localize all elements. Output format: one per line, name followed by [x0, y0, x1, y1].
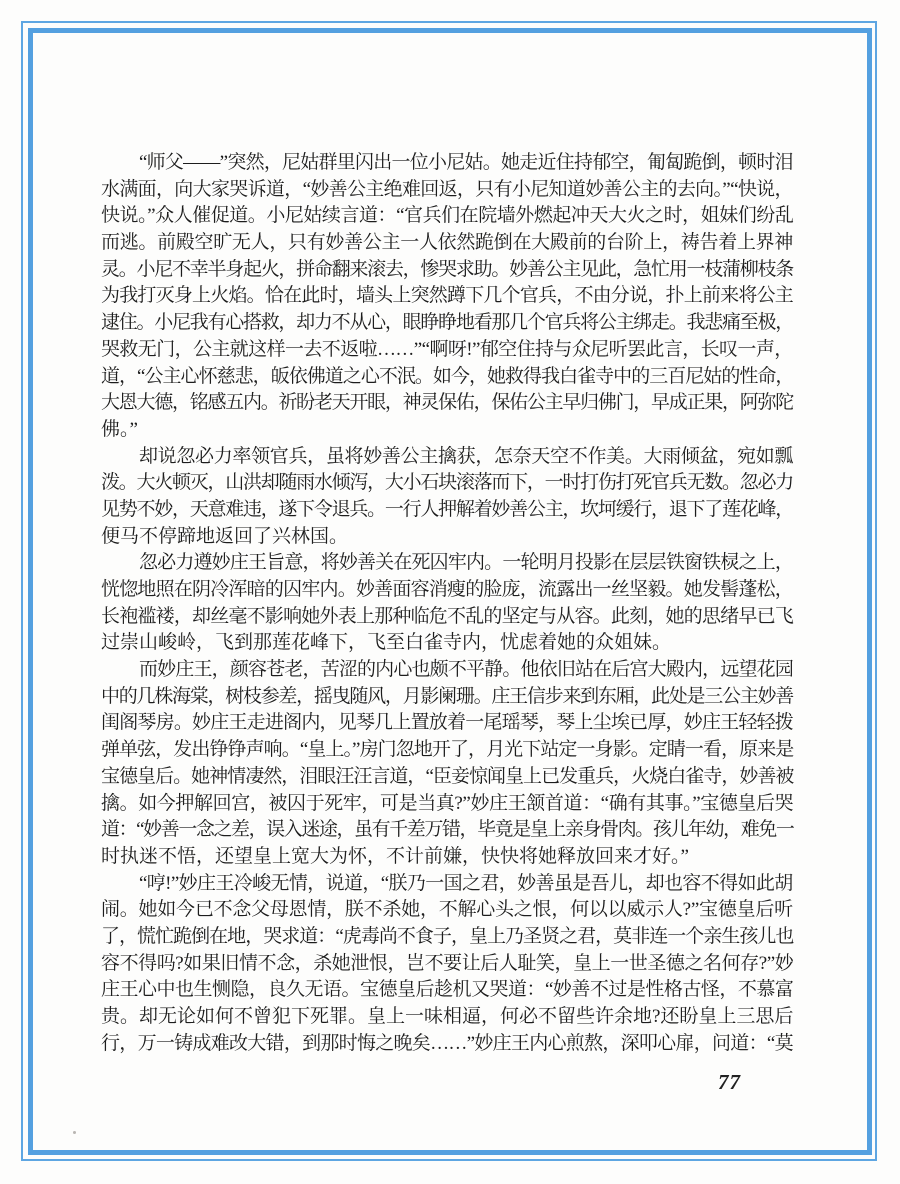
- text-line: 水满面，向大家哭诉道，“妙善公主绝难回返，只有小尼知道妙善公主的去向。”“快说，: [101, 177, 793, 204]
- text-line: 擒。如今押解回宫，被囚于死牢，可是当真?”妙庄王颔首道：“确有其事。”宝德皇后哭: [101, 791, 793, 818]
- text-line: 逮住。小尼我有心搭救，却力不从心，眼睁睁地看那几个官兵将公主绑走。我悲痛至极，: [101, 310, 793, 337]
- text-line: “哼!”妙庄王冷峻无情，说道，“朕乃一国之君，妙善虽是吾儿，却也容不得如此胡: [101, 871, 793, 898]
- text-line: 长袍褴褛，却丝毫不影响她外表上那种临危不乱的坚定与从容。此刻，她的思绪早已飞: [101, 604, 793, 631]
- text-line: 为我打灭身上火焰。恰在此时，墙头上突然蹲下几个官兵，不由分说，扑上前来将公主: [101, 283, 793, 310]
- text-line: 泼。大火顿灭，山洪却随雨水倾泻，大小石块滚落而下，一时打伤打死官兵无数。忽必力: [101, 470, 793, 497]
- text-line: 却说忽必力率领官兵，虽将妙善公主擒获，怎奈天空不作美。大雨倾盆，宛如瓢: [101, 444, 793, 471]
- text-line: 时执迷不悟，还望皇上宽大为怀，不计前嫌，快快将她释放回来才好。”: [101, 844, 793, 871]
- text-line: 宝德皇后。她神情凄然，泪眼汪汪言道，“臣妾惊闻皇上已发重兵，火烧白雀寺，妙善被: [101, 764, 793, 791]
- text-line: 道，“公主心怀慈悲，皈依佛道之心不泯。如今，她救得我白雀寺中的三百尼姑的性命，: [101, 364, 793, 391]
- text-line: 见势不妙，天意难违，遂下令退兵。一行人押解着妙善公主，坎坷缓行，退下了莲花峰，: [101, 497, 793, 524]
- text-line: 闺阁琴房。妙庄王走进阁内，见琴几上置放着一尾瑶琴，琴上尘埃已厚，妙庄王轻轻拨: [101, 710, 793, 737]
- text-line: 行，万一铸成难改大错，到那时悔之晚矣……”妙庄王内心煎熬，深叩心扉，问道：“莫: [101, 1031, 793, 1058]
- text-line: “师父——”突然，尼姑群里闪出一位小尼姑。她走近住持郁空，匍匐跪倒，顿时泪: [101, 150, 793, 177]
- page-text: “师父——”突然，尼姑群里闪出一位小尼姑。她走近住持郁空，匍匐跪倒，顿时泪水满面…: [101, 150, 793, 1057]
- text-line: 过崇山峻岭，飞到那莲花峰下，飞至白雀寺内，忧虑着她的众姐妹。: [101, 630, 793, 657]
- text-line: 闹。她如今已不念父母恩情，朕不杀她，不解心头之恨，何以以威示人?”宝德皇后听: [101, 897, 793, 924]
- text-line: 快说。”众人催促道。小尼姑续言道：“官兵们在院墙外燃起冲天大火之时，姐妹们纷乱: [101, 203, 793, 230]
- text-line: 贵。却无论如何不曾犯下死罪。皇上一味相逼，何必不留些许余地?还盼皇上三思后: [101, 1004, 793, 1031]
- text-line: 容不得吗?如果旧情不念，杀她泄恨，岂不要让后人耻笑，皇上一世圣德之名何存?”妙: [101, 951, 793, 978]
- page-number: 77: [718, 1070, 758, 1095]
- text-line: 忽必力遵妙庄王旨意，将妙善关在死囚牢内。一轮明月投影在层层铁窗铁棂之上，: [101, 550, 793, 577]
- text-line: 而妙庄王，颜容苍老，苦涩的内心也颇不平静。他依旧站在后宫大殿内，远望花园: [101, 657, 793, 684]
- scan-speck-artifact: [73, 1131, 76, 1134]
- text-line: 佛。”: [101, 417, 793, 444]
- text-line: 哭救无门，公主就这样一去不返啦……”“啊呀!”郁空住持与众尼听罢此言，长叹一声，: [101, 337, 793, 364]
- text-line: 道：“妙善一念之差，误入迷途，虽有千差万错，毕竟是皇上亲身骨肉。孩儿年幼，难免一: [101, 817, 793, 844]
- text-line: 弹单弦，发出铮铮声响。“皇上。”房门忽地开了，月光下站定一身影。定睛一看，原来是: [101, 737, 793, 764]
- text-line: 中的几株海棠，树枝参差，摇曳随风，月影阑珊。庄王信步来到东厢，此处是三公主妙善: [101, 684, 793, 711]
- text-line: 庄王心中也生恻隐，良久无语。宝德皇后趁机又哭道：“妙善不过是性格古怪，不慕富: [101, 977, 793, 1004]
- text-line: 了，慌忙跪倒在地，哭求道：“虎毒尚不食子，皇上乃圣贤之君，莫非连一个亲生孩儿也: [101, 924, 793, 951]
- text-line: 而逃。前殿空旷无人，只有妙善公主一人依然跪倒在大殿前的台阶上，祷告着上界神: [101, 230, 793, 257]
- text-line: 大恩大德，铭感五内。祈盼老天开眼，神灵保佑，保佑公主早归佛门，早成正果，阿弥陀: [101, 390, 793, 417]
- text-line: 便马不停蹄地返回了兴林国。: [101, 524, 793, 551]
- text-line: 灵。小尼不幸半身起火，拼命翻来滚去，惨哭求助。妙善公主见此，急忙用一枝蒲柳枝条: [101, 257, 793, 284]
- text-line: 恍惚地照在阴冷浑暗的囚牢内。妙善面容消瘦的脸庞，流露出一丝坚毅。她发髻蓬松，: [101, 577, 793, 604]
